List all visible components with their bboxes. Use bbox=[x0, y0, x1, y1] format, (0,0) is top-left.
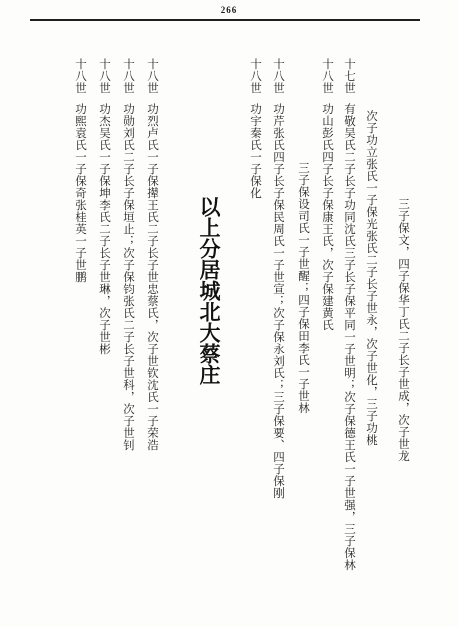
generation-label: 十八世 bbox=[249, 58, 261, 94]
genealogy-entry-column-gen18-gongxun: 十八世功勋刘氏二子长子保垣止；次子保钧张氏二子长子世科，次子世钊 bbox=[121, 58, 135, 451]
genealogy-entry-column-gen17: 十七世有敬吴氏二子长子功同沈氏三子长子保平同一子世明；次子保德王氏一子世强，三子… bbox=[342, 58, 356, 571]
entry-body: 三子保设司氏一子世醒；四子保田李氏一子世林 bbox=[297, 162, 309, 414]
generation-label: 十八世 bbox=[146, 58, 158, 94]
entry-body: 功杰吴氏一子保坤李氏二子长子世琳，次子世彬 bbox=[98, 103, 110, 355]
generation-label: 十八世 bbox=[98, 58, 110, 94]
genealogy-page: 266 三子保文，四子保华丁氏二子长子世成，次子世龙 次子功立张氏一子保光张氏二… bbox=[0, 0, 458, 627]
section-header: 以上分居城北大蔡庄 bbox=[193, 196, 225, 385]
entry-body: 功宇秦氏一子保化 bbox=[249, 103, 261, 199]
genealogy-entry-column-gen18-gonglie: 十八世功烈卢氏一子保撵王氏二子长子世忠蔡氏，次子世钦沈氏一子荣浩 bbox=[145, 58, 159, 451]
entry-body: 功山彭氏四子长子保康王氏，次子保建黄氏 bbox=[321, 103, 333, 331]
genealogy-entry-column-continued-1: 三子保文，四子保华丁氏二子长子世成，次子世龙 bbox=[396, 198, 410, 462]
header-rule-divider bbox=[30, 19, 420, 21]
entry-body: 三子保文，四子保华丁氏二子长子世成，次子世龙 bbox=[397, 198, 409, 462]
genealogy-entry-column-gongshan-wrap: 三子保设司氏一子世醒；四子保田李氏一子世林 bbox=[296, 162, 310, 414]
entry-body: 功勋刘氏二子长子保垣止；次子保钧张氏二子长子世科，次子世钊 bbox=[122, 103, 134, 451]
entry-body: 功芹张氏四子长子保民周氏一子世宣；次子保永刘氏；三子保要、四子保刚 bbox=[272, 103, 284, 499]
entry-body: 有敬吴氏二子长子功同沈氏三子长子保平同一子世明；次子保德王氏一子世强，三子保林 bbox=[343, 103, 355, 571]
generation-label: 十七世 bbox=[343, 58, 355, 94]
genealogy-entry-column-gen18-gongyu: 十八世功宇秦氏一子保化 bbox=[248, 58, 262, 199]
generation-label: 十八世 bbox=[272, 58, 284, 94]
genealogy-entry-column-gen18-gongxi: 十八世功熙袁氏一子保奇张桂英一子世鹏 bbox=[73, 58, 87, 283]
generation-label: 十八世 bbox=[321, 58, 333, 94]
genealogy-entry-column-gen18-gongqin: 十八世功芹张氏四子长子保民周氏一子世宣；次子保永刘氏；三子保要、四子保刚 bbox=[271, 58, 285, 499]
entry-body: 次子功立张氏一子保光张氏二子长子世永，次子世化，三子功桃 bbox=[365, 110, 377, 446]
generation-label: 十八世 bbox=[122, 58, 134, 94]
page-number: 266 bbox=[0, 5, 458, 15]
generation-label: 十八世 bbox=[74, 58, 86, 94]
genealogy-entry-column-gen18-gongjie: 十八世功杰吴氏一子保坤李氏二子长子世琳，次子世彬 bbox=[97, 58, 111, 355]
genealogy-entry-column-gen18-gongshan: 十八世功山彭氏四子长子保康王氏，次子保建黄氏 bbox=[320, 58, 334, 331]
entry-body: 功熙袁氏一子保奇张桂英一子世鹏 bbox=[74, 103, 86, 283]
genealogy-entry-column-continued-2: 次子功立张氏一子保光张氏二子长子世永，次子世化，三子功桃 bbox=[364, 110, 378, 446]
entry-body: 功烈卢氏一子保撵王氏二子长子世忠蔡氏，次子世钦沈氏一子荣浩 bbox=[146, 103, 158, 451]
